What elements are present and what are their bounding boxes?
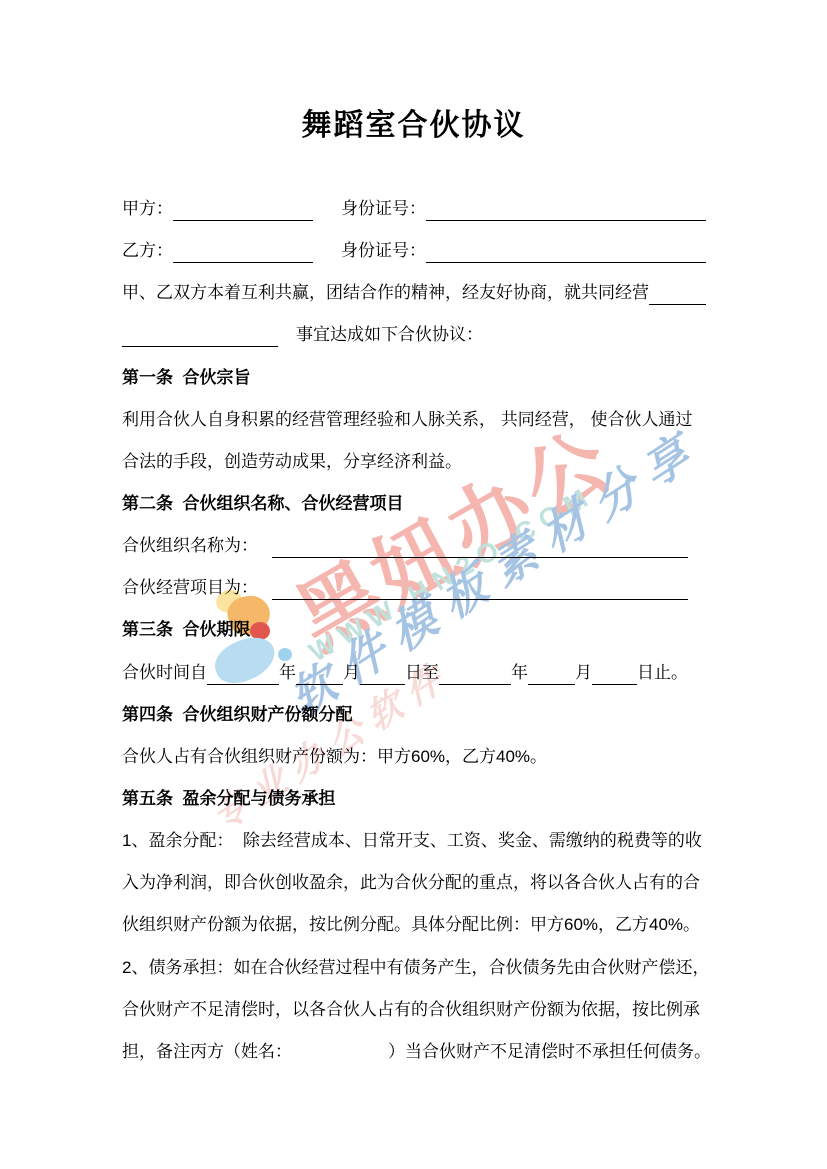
document-line: 合伙财产不足清偿时，以各合伙人占有的合伙组织财产份额为依据，按比例承 [122, 999, 706, 1041]
document-line: 合法的手段，创造劳动成果，分享经济利益。 [122, 451, 706, 493]
text-run: 身份证号： [341, 198, 426, 220]
document-line: 合伙时间自年月日至年月日止。 [122, 662, 706, 704]
blank-field[interactable] [173, 240, 313, 263]
document-line: 乙方：身份证号： [122, 240, 706, 282]
document-line: 入为净利润，即合伙创收盈余，此为合伙分配的重点，将以各合伙人占有的合 [122, 872, 706, 914]
document-line: 伙组织财产份额为依据，按比例分配。具体分配比例：甲方60%，乙方40%。 [122, 914, 706, 956]
spacer [292, 1041, 388, 1063]
text-run: 2、债务承担：如在合伙经营过程中有债务产生，合伙债务先由合伙财产偿还， [122, 957, 709, 979]
text-run: 乙方： [122, 240, 173, 262]
blank-field[interactable] [360, 662, 405, 685]
document-body: 甲方：身份证号：乙方：身份证号：甲、乙双方本着互利共赢，团结合作的精神，经友好协… [122, 198, 706, 1083]
text-run: 事宜达成如下合伙协议： [296, 324, 483, 346]
blank-field[interactable] [296, 662, 343, 685]
blank-field[interactable] [207, 662, 279, 685]
text-run: 日至 [405, 662, 439, 684]
spacer [278, 324, 296, 346]
text-run: ）当合伙财产不足清偿时不承担任何债务。 [388, 1041, 711, 1063]
document-line: 合伙人占有合伙组织财产份额为：甲方60%，乙方40%。 [122, 746, 706, 788]
text-run: 年 [511, 662, 528, 684]
text-run: 利用合伙人自身积累的经营管理经验和人脉关系， 共同经营， 使合伙人通过 [122, 409, 692, 431]
text-run: 1、盈余分配： 除去经营成本、日常开支、工资、奖金、需缴纳的税费等的收 [122, 830, 702, 852]
text-run: 甲、乙双方本着互利共赢，团结合作的精神，经友好协商，就共同经营 [122, 282, 649, 304]
blank-field[interactable] [592, 662, 637, 685]
document-line: 第三条 合伙期限 [122, 619, 706, 661]
document-page: 黑妞办公 WWW.HN2O.COM 软件模板素材分享 专业办公软件 舞蹈室合伙协… [0, 0, 827, 1169]
text-run: 月 [343, 662, 360, 684]
text-run: 担，备注丙方（姓名： [122, 1041, 292, 1063]
blank-field[interactable] [173, 198, 313, 221]
blank-field[interactable] [272, 535, 688, 558]
spacer [313, 240, 341, 262]
text-run: 合伙经营项目为： [122, 577, 258, 599]
spacer [688, 577, 706, 599]
text-run: 入为净利润，即合伙创收盈余，此为合伙分配的重点，将以各合伙人占有的合 [122, 872, 700, 894]
spacer [313, 198, 341, 220]
text-run: 合法的手段，创造劳动成果，分享经济利益。 [122, 451, 462, 473]
text-run: 合伙时间自 [122, 662, 207, 684]
text-run: 日止。 [637, 662, 688, 684]
text-run: 伙组织财产份额为依据，按比例分配。具体分配比例：甲方60%，乙方40%。 [122, 914, 700, 936]
document-line: 利用合伙人自身积累的经营管理经验和人脉关系， 共同经营， 使合伙人通过 [122, 409, 706, 451]
document-line: 事宜达成如下合伙协议： [122, 324, 706, 366]
text-run: 月 [575, 662, 592, 684]
section-heading: 第二条 合伙组织名称、合伙经营项目 [122, 493, 403, 515]
section-heading: 第一条 合伙宗旨 [122, 367, 250, 389]
section-heading: 第四条 合伙组织财产份额分配 [122, 704, 352, 726]
text-run: 身份证号： [341, 240, 426, 262]
document-line: 甲、乙双方本着互利共赢，团结合作的精神，经友好协商，就共同经营 [122, 282, 706, 324]
document-line: 担，备注丙方（姓名：）当合伙财产不足清偿时不承担任何债务。 [122, 1041, 706, 1083]
document-line: 第五条 盈余分配与债务承担 [122, 788, 706, 830]
document-line: 第一条 合伙宗旨 [122, 367, 706, 409]
text-run: 年 [279, 662, 296, 684]
spacer [258, 577, 272, 599]
document-line: 合伙组织名称为： [122, 535, 706, 577]
document-line: 1、盈余分配： 除去经营成本、日常开支、工资、奖金、需缴纳的税费等的收 [122, 830, 706, 872]
document-line: 合伙经营项目为： [122, 577, 706, 619]
section-heading: 第五条 盈余分配与债务承担 [122, 788, 335, 810]
spacer [688, 535, 706, 557]
text-run: 合伙组织名称为： [122, 535, 258, 557]
text-run: 甲方： [122, 198, 173, 220]
text-run: 合伙人占有合伙组织财产份额为：甲方60%，乙方40%。 [122, 746, 547, 768]
section-heading: 第三条 合伙期限 [122, 619, 250, 641]
blank-field[interactable] [439, 662, 511, 685]
spacer [258, 535, 272, 557]
text-run: 合伙财产不足清偿时，以各合伙人占有的合伙组织财产份额为依据，按比例承 [122, 999, 700, 1021]
blank-field[interactable] [426, 198, 706, 221]
document-line: 2、债务承担：如在合伙经营过程中有债务产生，合伙债务先由合伙财产偿还， [122, 957, 706, 999]
document-title: 舞蹈室合伙协议 [0, 100, 827, 144]
blank-field[interactable] [528, 662, 575, 685]
blank-field[interactable] [122, 324, 278, 347]
document-line: 第四条 合伙组织财产份额分配 [122, 704, 706, 746]
blank-field[interactable] [649, 282, 706, 305]
blank-field[interactable] [426, 240, 706, 263]
blank-field[interactable] [272, 577, 688, 600]
document-line: 甲方：身份证号： [122, 198, 706, 240]
document-line: 第二条 合伙组织名称、合伙经营项目 [122, 493, 706, 535]
